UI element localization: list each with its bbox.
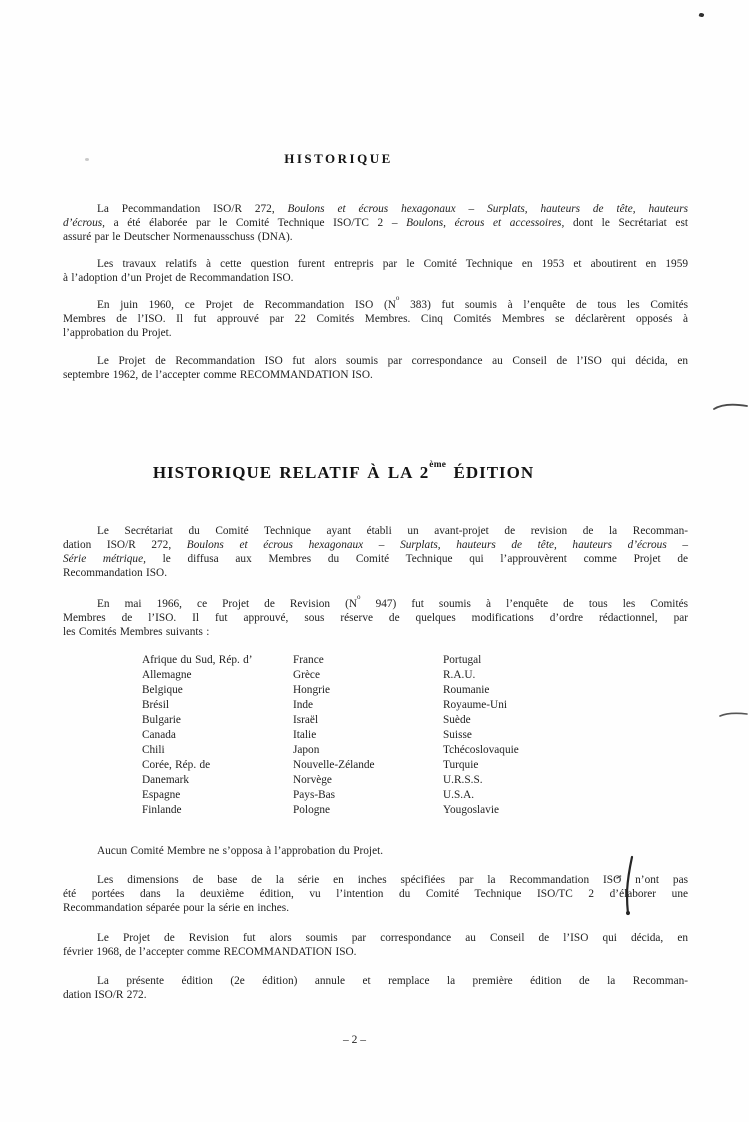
text-line: Recommandation ISO. bbox=[63, 566, 688, 580]
country-item: U.S.A. bbox=[443, 788, 688, 803]
country-item: France bbox=[293, 653, 443, 668]
country-item: Nouvelle-Zélande bbox=[293, 758, 443, 773]
country-item: Pologne bbox=[293, 803, 443, 818]
text-line: d’écrous, a été élaborée par le Comité T… bbox=[63, 216, 688, 230]
text-line: Les dimensions de base de la série en in… bbox=[63, 873, 688, 887]
country-item: Finlande bbox=[142, 803, 293, 818]
country-item: Hongrie bbox=[293, 683, 443, 698]
main-title: HISTORIQUE bbox=[26, 152, 651, 168]
country-item: Tchécoslovaquie bbox=[443, 743, 688, 758]
text-line: Le Projet de Revision fut alors soumis p… bbox=[63, 931, 688, 945]
paragraph-enquete-1960: En juin 1960, ce Projet de Recommandatio… bbox=[63, 298, 688, 340]
country-item: Norvège bbox=[293, 773, 443, 788]
text-line: dation ISO/R 272. bbox=[63, 988, 688, 1002]
paragraph-avant-projet: Le Secrétariat du Comité Technique ayant… bbox=[63, 524, 688, 580]
paragraph-travaux-1953: Les travaux relatifs à cette question fu… bbox=[63, 257, 688, 285]
text-line: En juin 1960, ce Projet de Recommandatio… bbox=[63, 298, 688, 312]
document-body: HISTORIQUE La Pecommandation ISO/R 272, … bbox=[63, 0, 688, 1002]
second-edition-title: HISTORIQUE RELATIF À LA 2ème ÉDITION bbox=[31, 462, 656, 484]
paragraph-serie-inches: Les dimensions de base de la série en in… bbox=[63, 873, 688, 915]
country-item: Allemagne bbox=[142, 668, 293, 683]
text-line: La présente édition (2e édition) annule … bbox=[63, 974, 688, 988]
text-line: Membres de l’ISO. Il fut approuvé, sous … bbox=[63, 611, 688, 625]
text-line: Membres de l’ISO. Il fut approuvé par 22… bbox=[63, 312, 688, 326]
country-item: Portugal bbox=[443, 653, 688, 668]
country-item: Turquie bbox=[443, 758, 688, 773]
page-curl-shadow-lower bbox=[719, 706, 749, 724]
country-item: Roumanie bbox=[443, 683, 688, 698]
country-item: U.R.S.S. bbox=[443, 773, 688, 788]
country-item: Italie bbox=[293, 728, 443, 743]
country-item: Chili bbox=[142, 743, 293, 758]
country-column-1: Afrique du Sud, Rép. d’AllemagneBelgique… bbox=[142, 653, 293, 818]
country-item: Israël bbox=[293, 713, 443, 728]
text-line: Le Projet de Recommandation ISO fut alor… bbox=[63, 354, 688, 368]
scan-speck-mark bbox=[699, 12, 705, 17]
text-line: l’approbation du Projet. bbox=[63, 326, 688, 340]
country-item: Brésil bbox=[142, 698, 293, 713]
country-column-2: FranceGrèceHongrieIndeIsraëlItalieJaponN… bbox=[293, 653, 443, 818]
country-item: Canada bbox=[142, 728, 293, 743]
text-line: En mai 1966, ce Projet de Revision (No 9… bbox=[63, 597, 688, 611]
country-item: Espagne bbox=[142, 788, 293, 803]
paragraph-conseil-1962: Le Projet de Recommandation ISO fut alor… bbox=[63, 354, 688, 382]
country-item: Royaume-Uni bbox=[443, 698, 688, 713]
country-item: Belgique bbox=[142, 683, 293, 698]
country-item: Afrique du Sud, Rép. d’ bbox=[142, 653, 293, 668]
text-line: Les travaux relatifs à cette question fu… bbox=[63, 257, 688, 271]
country-item: Bulgarie bbox=[142, 713, 293, 728]
text-line: Série métrique, le diffusa aux Membres d… bbox=[63, 552, 688, 566]
text-line: Recommandation séparée pour la série en … bbox=[63, 901, 688, 915]
country-item: Japon bbox=[293, 743, 443, 758]
text-line: février 1968, de l’accepter comme RECOMM… bbox=[63, 945, 688, 959]
paragraph-presente-edition: La présente édition (2e édition) annule … bbox=[63, 974, 688, 1002]
pen-annotation-mark bbox=[616, 855, 638, 924]
document-page: HISTORIQUE La Pecommandation ISO/R 272, … bbox=[0, 0, 749, 1122]
country-item: Suisse bbox=[443, 728, 688, 743]
text-line: dation ISO/R 272, Boulons et écrous hexa… bbox=[63, 538, 688, 552]
text-line: assuré par le Deutscher Normenausschuss … bbox=[63, 230, 688, 244]
country-item: Yougoslavie bbox=[443, 803, 688, 818]
text-line: La Pecommandation ISO/R 272, Boulons et … bbox=[63, 202, 688, 216]
paragraph-revision-1966: En mai 1966, ce Projet de Revision (No 9… bbox=[63, 597, 688, 639]
country-column-3: PortugalR.A.U.RoumanieRoyaume-UniSuèdeSu… bbox=[443, 653, 688, 818]
scan-faint-dot bbox=[85, 158, 89, 161]
country-item: Suède bbox=[443, 713, 688, 728]
countries-list: Afrique du Sud, Rép. d’AllemagneBelgique… bbox=[142, 653, 688, 818]
country-item: R.A.U. bbox=[443, 668, 688, 683]
page-curl-shadow-upper bbox=[713, 398, 749, 416]
text-line: Aucun Comité Membre ne s’opposa à l’appr… bbox=[63, 844, 688, 858]
paragraph-conseil-1968: Le Projet de Revision fut alors soumis p… bbox=[63, 931, 688, 959]
country-item: Grèce bbox=[293, 668, 443, 683]
text-line: été portées dans la deuxième édition, vu… bbox=[63, 887, 688, 901]
country-item: Danemark bbox=[142, 773, 293, 788]
paragraph-recommandation-origin: La Pecommandation ISO/R 272, Boulons et … bbox=[63, 202, 688, 244]
text-line: Le Secrétariat du Comité Technique ayant… bbox=[63, 524, 688, 538]
text-line: les Comités Membres suivants : bbox=[63, 625, 688, 639]
country-item: Pays-Bas bbox=[293, 788, 443, 803]
country-item: Corée, Rép. de bbox=[142, 758, 293, 773]
text-line: septembre 1962, de l’accepter comme RECO… bbox=[63, 368, 688, 382]
text-line: à l’adoption d’un Projet de Recommandati… bbox=[63, 271, 688, 285]
page-number: – 2 – bbox=[0, 1034, 729, 1046]
country-item: Inde bbox=[293, 698, 443, 713]
paragraph-aucun-oppose: Aucun Comité Membre ne s’opposa à l’appr… bbox=[63, 844, 688, 858]
